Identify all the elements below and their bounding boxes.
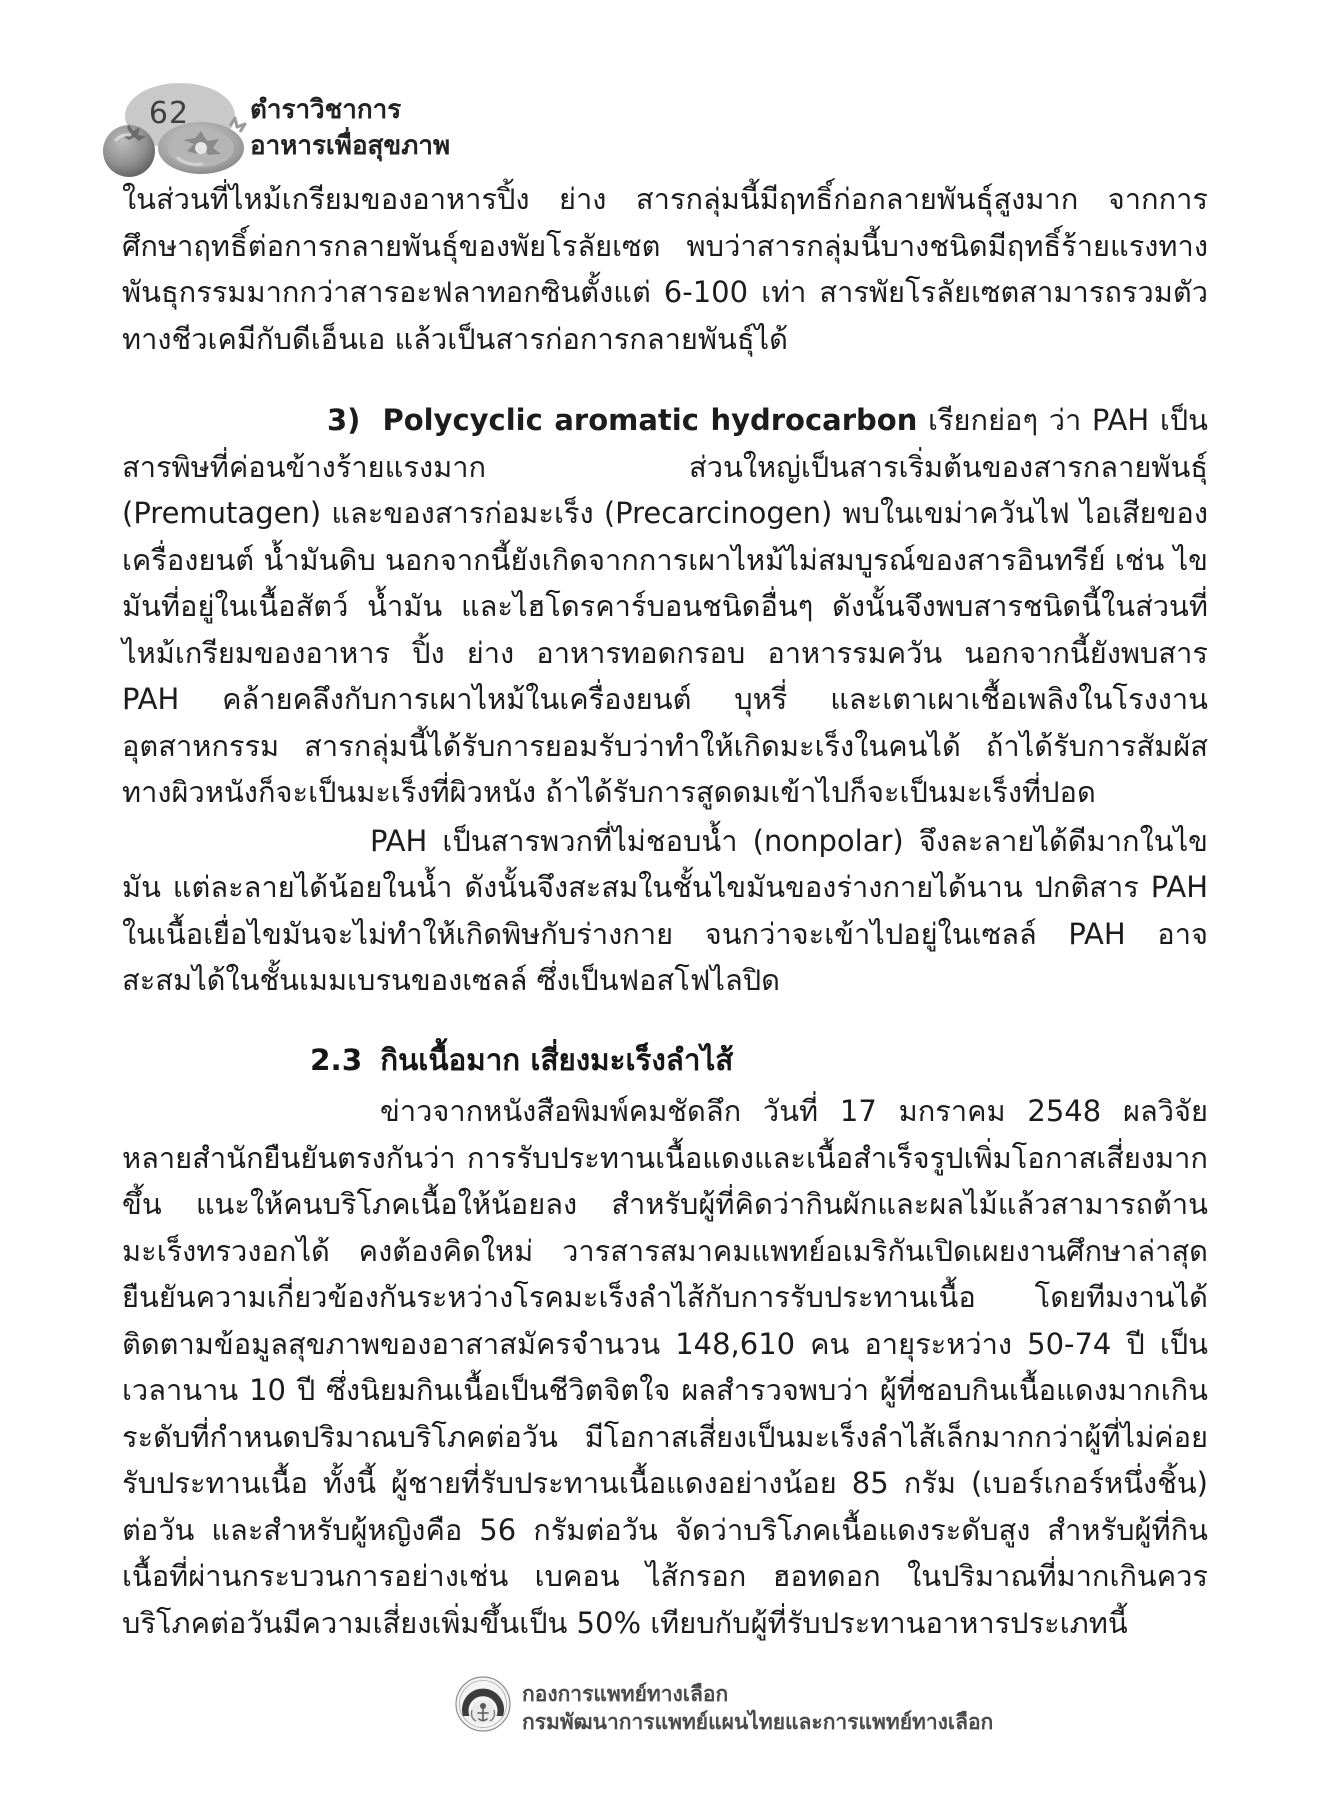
section-number: 2.3 [310,1043,362,1077]
list-item-number: 3) [327,403,360,437]
department-emblem-logo [454,1674,512,1736]
pah-term-bold: Polycyclic aromatic hydrocarbon [382,403,917,437]
document-page: 62 ตำราวิชาการ อาหารเพื่อสุขภาพ ในส่วนที… [0,0,1327,1800]
paragraph-pah-definition: 3)Polycyclic aromatic hydrocarbon เรียกย… [122,397,1208,816]
footer-organization: กองการแพทย์ทางเลือก กรมพัฒนาการแพทย์แผนไ… [522,1680,993,1736]
paragraph-pah-definition-text: เรียกย่อๆ ว่า PAH เป็นสารพิษที่ค่อนข้างร… [122,403,1208,809]
footer-org-line2: กรมพัฒนาการแพทย์แผนไทยและการแพทย์ทางเลือ… [522,1708,993,1736]
book-title-line1: ตำราวิชาการ [250,92,450,128]
page-content: ในส่วนที่ไหม้เกรียมของอาหารปิ้ง ย่าง สาร… [122,176,1208,1646]
paragraph-burnt-food-mutagen: ในส่วนที่ไหม้เกรียมของอาหารปิ้ง ย่าง สาร… [122,176,1208,362]
paragraph-meat-colon-cancer: ข่าวจากหนังสือพิมพ์คมชัดลึก วันที่ 17 มก… [122,1088,1208,1646]
section-title: กินเนื้อมาก เสี่ยงมะเร็งลำไส้ [380,1043,733,1077]
paragraph-pah-nonpolar: PAH เป็นสารพวกที่ไม่ชอบน้ำ (nonpolar) จึ… [122,818,1208,1004]
page-footer: กองการแพทย์ทางเลือก กรมพัฒนาการแพทย์แผนไ… [0,1672,1327,1762]
book-title-line2: อาหารเพื่อสุขภาพ [250,128,450,164]
footer-org-line1: กองการแพทย์ทางเลือก [522,1680,993,1708]
book-title: ตำราวิชาการ อาหารเพื่อสุขภาพ [250,92,450,164]
page-badge: 62 [100,78,250,180]
page-number: 62 [144,96,194,131]
section-heading: 2.3กินเนื้อมาก เสี่ยงมะเร็งลำไส้ [310,1037,1208,1084]
emblem-graphic [454,1674,512,1736]
